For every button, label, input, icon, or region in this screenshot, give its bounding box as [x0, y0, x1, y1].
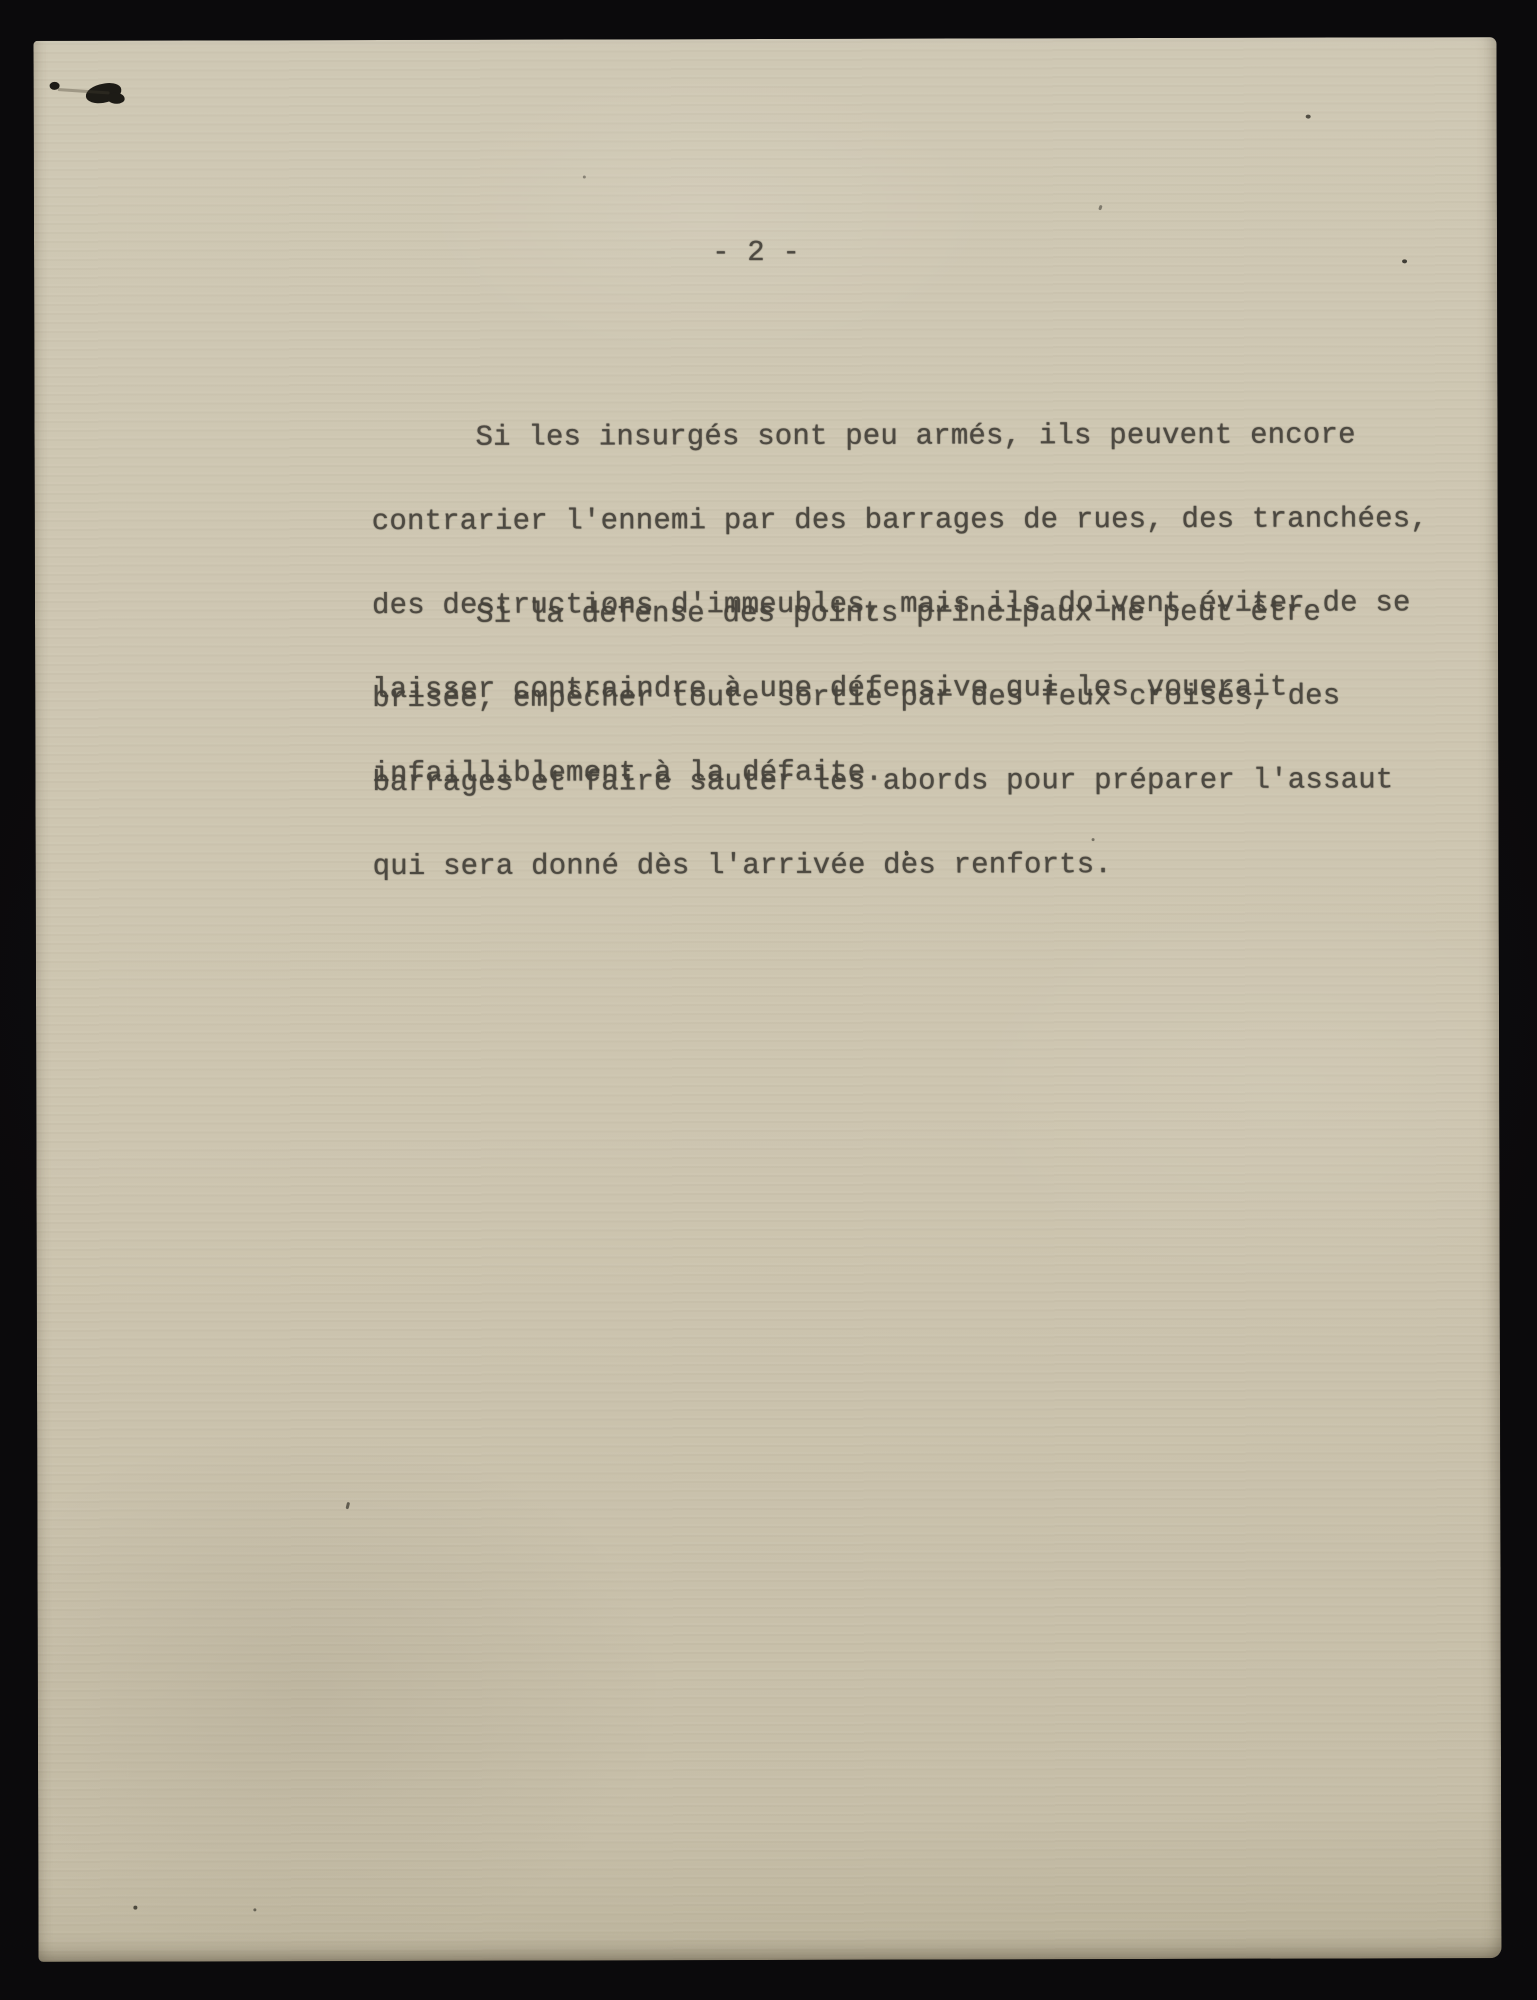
- page-number: - 2 -: [712, 239, 800, 267]
- paper-speck: [1402, 259, 1407, 263]
- paper-speck: [346, 1502, 351, 1510]
- text-line: Si les insurgés sont peu armés, ils peuv…: [371, 421, 1427, 452]
- paper-speck: [1098, 205, 1102, 211]
- paper-speck: [133, 1906, 137, 1910]
- paragraph: Si la défense des points principaux ne p…: [372, 542, 1394, 937]
- text-line: barrages et faire sauter les abords pour…: [372, 766, 1393, 797]
- paper-speck: [253, 1908, 256, 1911]
- text-line: Si la défense des points principaux ne p…: [372, 598, 1393, 629]
- scanner-background: - 2 - Si les insurgés sont peu armés, il…: [0, 0, 1537, 2000]
- text-line: contrarier l'ennemi par des barrages de …: [372, 505, 1428, 536]
- document-page: - 2 - Si les insurgés sont peu armés, il…: [33, 37, 1501, 1962]
- text-line: qui sera donné dès l'arrivée des renfort…: [373, 850, 1394, 881]
- text-line: brisée, empêcher toute sortie par des fe…: [372, 682, 1393, 713]
- paper-speck: [1306, 115, 1311, 119]
- paper-speck: [583, 175, 586, 178]
- ink-blot: [108, 93, 125, 104]
